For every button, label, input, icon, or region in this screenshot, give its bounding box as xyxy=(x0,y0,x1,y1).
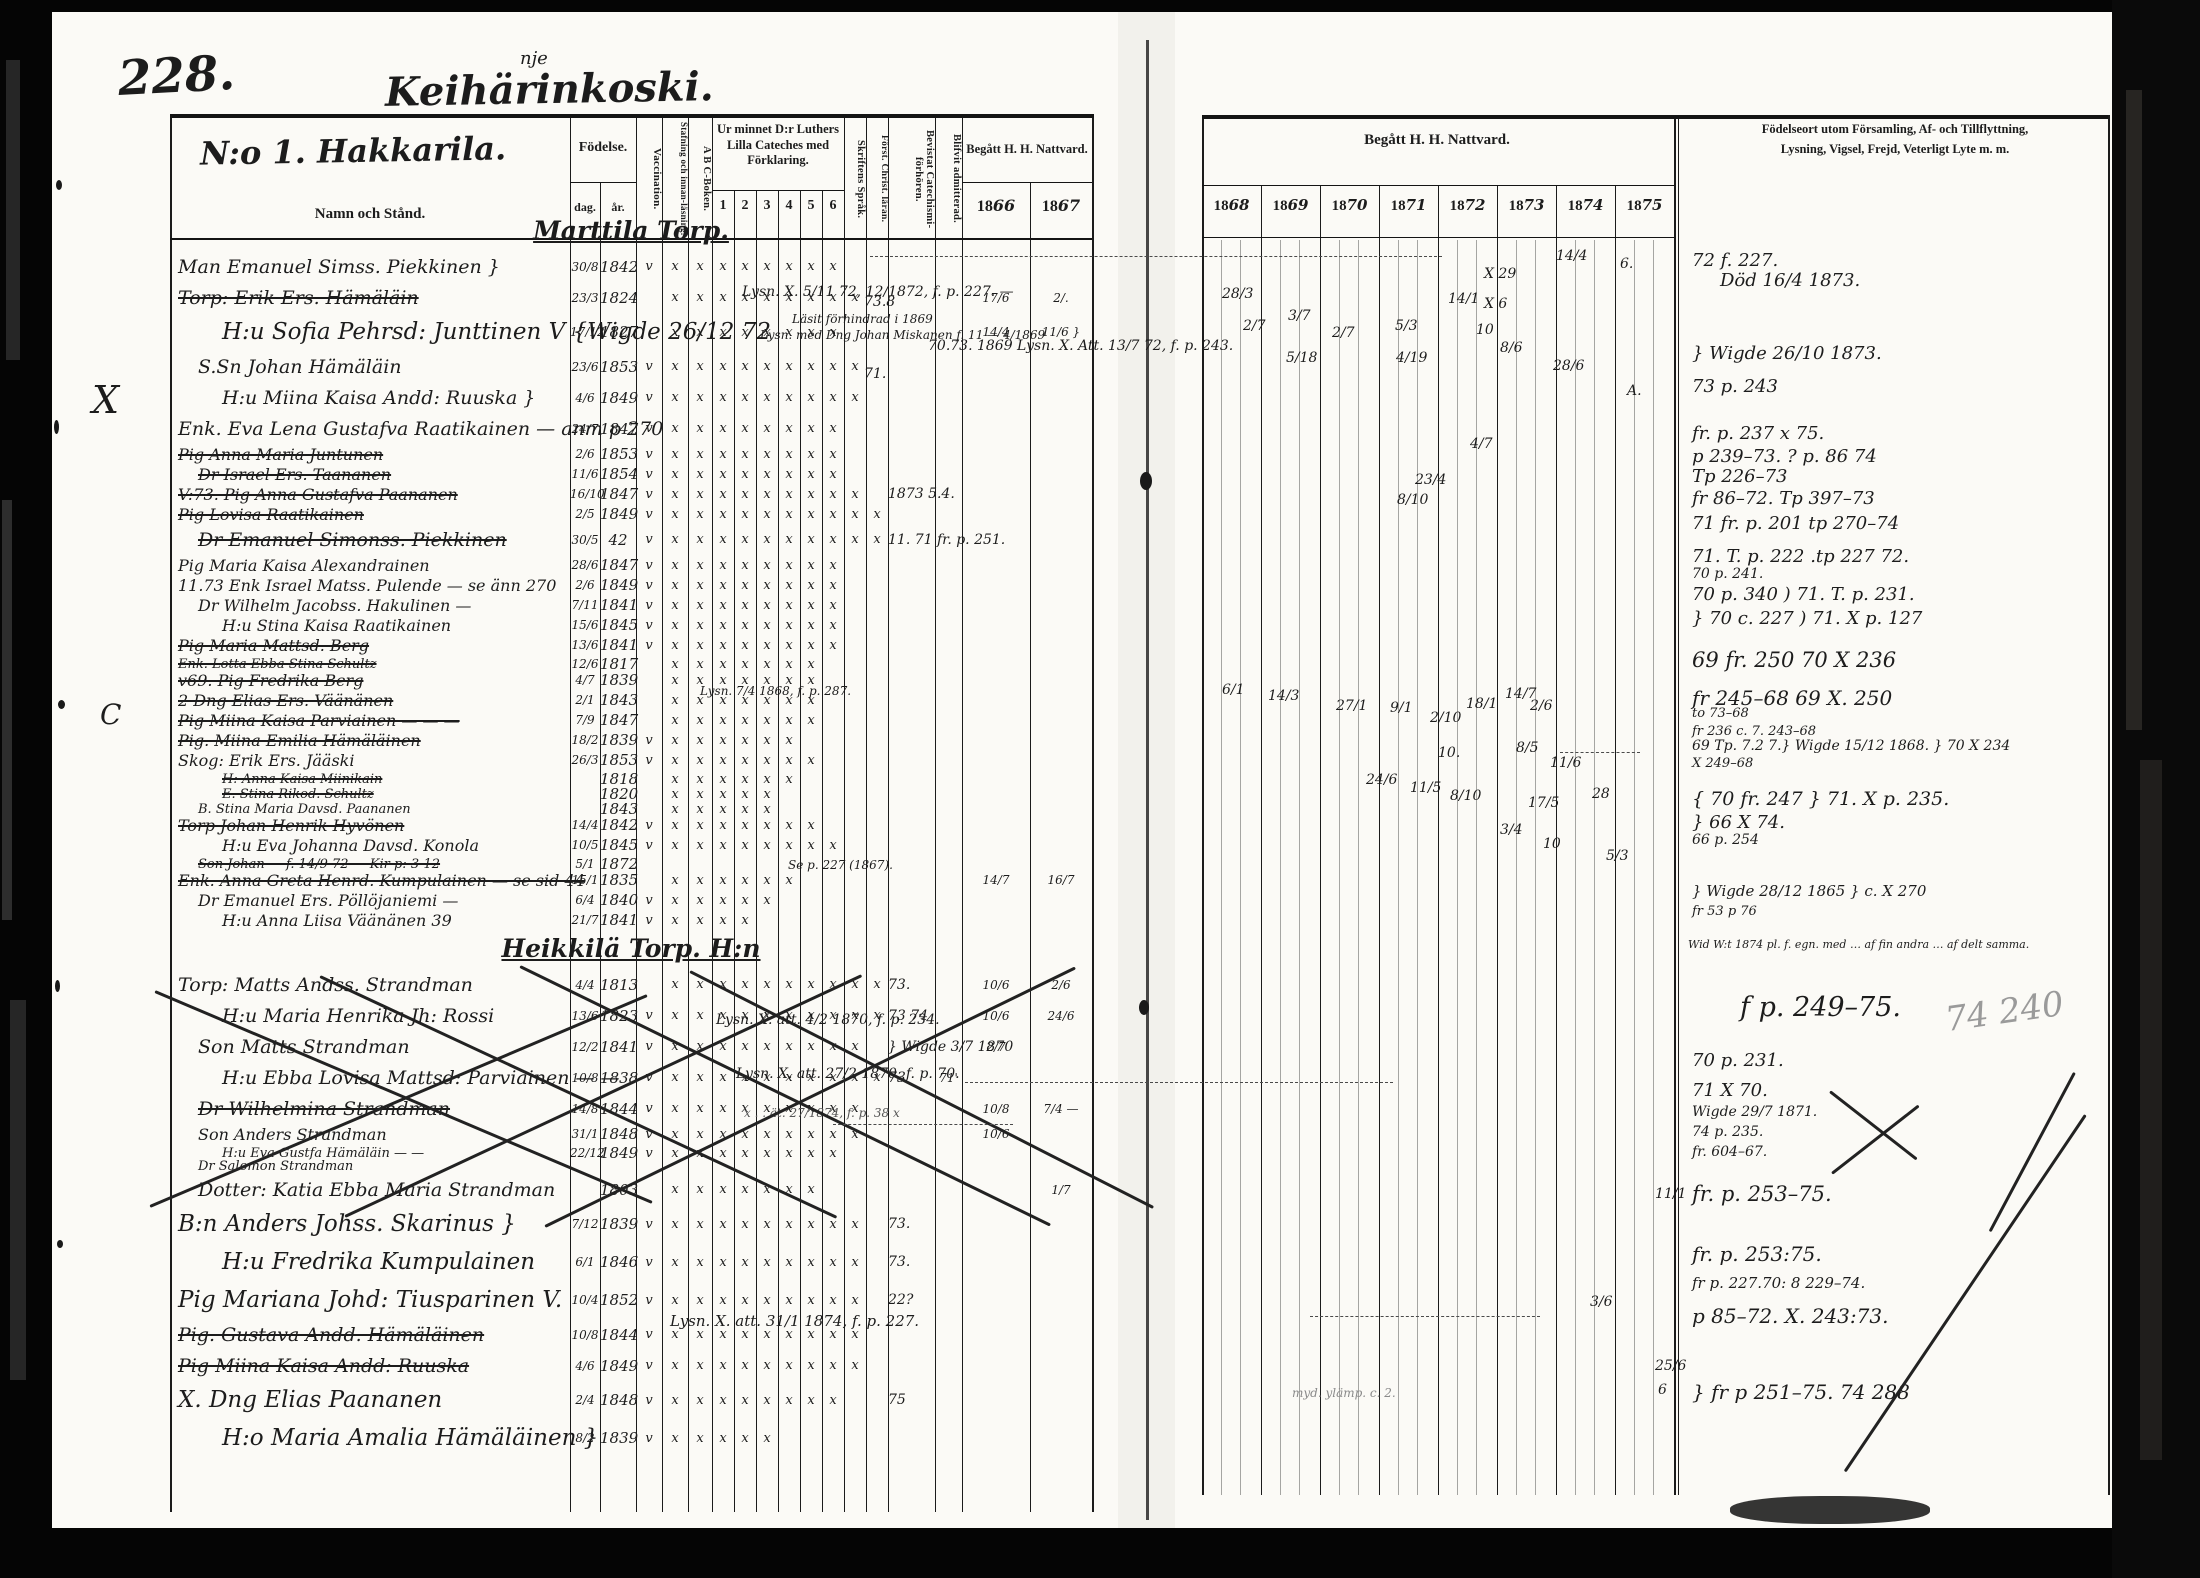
skill-mark: x xyxy=(734,558,756,573)
birth-day: 30/8 xyxy=(570,260,600,274)
migration-note: 69 fr. 250 70 X 236 xyxy=(1692,648,1896,672)
skill-mark: x xyxy=(662,638,688,653)
person-name: Pig Maria Mattsd. Berg xyxy=(170,636,570,655)
skill-mark: x xyxy=(712,532,734,547)
communion-date-mark: 14/4 xyxy=(1556,248,1587,264)
skill-mark: x xyxy=(756,1146,778,1161)
communion-1867: 1/7 xyxy=(1030,1183,1092,1197)
skill-mark: x xyxy=(822,598,844,613)
skill-mark: x xyxy=(688,893,712,908)
skill-mark: x xyxy=(712,359,734,374)
skill-mark: x xyxy=(688,913,712,928)
vaccination-mark: v xyxy=(636,359,662,374)
skill-mark: x xyxy=(778,838,800,853)
skill-mark: x xyxy=(822,421,844,436)
skill-mark: x xyxy=(822,507,844,522)
skill-mark: x xyxy=(734,421,756,436)
skill-mark: x xyxy=(712,1431,734,1446)
skill-mark: x xyxy=(800,1255,822,1270)
skill-mark: x xyxy=(712,558,734,573)
skill-mark: x xyxy=(688,1182,712,1197)
skill-mark: x xyxy=(712,390,734,405)
migration-note: X 249–68 xyxy=(1692,756,1753,771)
skill-mark: x xyxy=(662,421,688,436)
communion-date-mark: 25/6 xyxy=(1655,1358,1686,1374)
skill-mark: x xyxy=(822,578,844,593)
vaccination-mark: v xyxy=(636,638,662,653)
birth-year: 1849 xyxy=(600,1144,636,1162)
faint-sub-rule xyxy=(1575,240,1576,1495)
person-name: 11.73 Enk Israel Matss. Pulende — se änn… xyxy=(170,576,570,595)
communion-date-mark: 2/7 xyxy=(1332,325,1355,341)
skill-mark: x xyxy=(712,325,734,340)
skill-mark: x xyxy=(712,1217,734,1232)
skill-mark: x xyxy=(844,1255,866,1270)
skill-mark: x xyxy=(734,598,756,613)
skill-mark: x xyxy=(662,818,688,833)
skill-mark: x xyxy=(662,802,688,817)
skill-mark: x xyxy=(688,447,712,462)
vaccination-mark: v xyxy=(636,1101,662,1116)
skill-mark: x xyxy=(712,290,734,305)
vaccination-mark: v xyxy=(636,598,662,613)
person-name: H:o Maria Amalia Hämäläinen } xyxy=(170,1425,570,1451)
migration-note: to 73–68 xyxy=(1692,706,1749,721)
birth-day: 6/1 xyxy=(570,1255,600,1269)
table-row: Torp: Matts Andss. Strandman4/41813xxxxx… xyxy=(170,969,1092,1000)
year-label: 1869 xyxy=(1261,196,1320,215)
dash-line xyxy=(965,1082,1393,1083)
birth-day: 2/6 xyxy=(570,447,600,461)
skill-mark: x xyxy=(734,753,756,768)
skill-mark: x xyxy=(800,467,822,482)
birth-day: 4/4 xyxy=(570,978,600,992)
skill-mark: x xyxy=(688,1255,712,1270)
vaccination-mark: v xyxy=(636,818,662,833)
skill-mark: x xyxy=(756,618,778,633)
table-row: Pig Lovisa Raatikainen2/51849vxxxxxxxxxx xyxy=(170,504,1092,524)
skill-mark: x xyxy=(662,1101,688,1116)
skill-mark: x xyxy=(712,578,734,593)
migration-note: 69 Tp. 7.2 7.} Wigde 15/12 1868. } 70 X … xyxy=(1692,738,2010,754)
skill-mark: x xyxy=(844,532,866,547)
skill-mark: x xyxy=(662,733,688,748)
communion-date-mark: 11/5 xyxy=(1410,780,1441,796)
migration-note: fr. 604–67. xyxy=(1692,1144,1767,1160)
birth-year: 1841 xyxy=(600,596,636,614)
communion-date-mark: 3/7 xyxy=(1288,308,1311,324)
birth-year: 1849 xyxy=(600,505,636,523)
year-label: 1868 xyxy=(1202,196,1261,215)
skill-mark: x xyxy=(822,259,844,274)
skill-mark: x xyxy=(662,532,688,547)
migration-note: Död 16/4 1873. xyxy=(1720,270,1860,291)
skill-mark: x xyxy=(688,753,712,768)
skill-mark: x xyxy=(734,818,756,833)
communion-date-mark: 8/6 xyxy=(1500,340,1523,356)
skill-mark: x xyxy=(712,818,734,833)
communion-date-mark: 10 xyxy=(1543,836,1561,852)
vaccination-mark: v xyxy=(636,390,662,405)
birth-day: 26/3 xyxy=(570,753,600,767)
migration-note: p 85–72. X. 243:73. xyxy=(1692,1304,1888,1328)
skill-mark: x xyxy=(822,1127,844,1142)
person-name: E. Stina Rikod. Schultz xyxy=(170,787,570,802)
skill-mark: x xyxy=(822,1255,844,1270)
person-name: Pig. Miina Emilia Hämäläinen xyxy=(170,731,570,750)
migration-note: 72 f. 227. xyxy=(1692,250,1778,271)
ink-speck xyxy=(58,700,65,709)
table-rule-vertical xyxy=(1678,115,1679,1495)
migration-note: fr 53 p 76 xyxy=(1692,904,1757,919)
table-row: H:o Maria Amalia Hämäläinen }8/21839vxxx… xyxy=(170,1419,1092,1457)
communion-date-mark: 4/19 xyxy=(1396,350,1427,366)
birth-year: 1848 xyxy=(600,1125,636,1143)
skill-mark: x xyxy=(688,1217,712,1232)
skill-mark: x xyxy=(662,598,688,613)
skill-mark: x xyxy=(734,787,756,802)
birth-year: 1849 xyxy=(600,1357,636,1375)
skill-mark: x xyxy=(688,507,712,522)
skill-mark: x xyxy=(800,507,822,522)
birth-day: 10/8 xyxy=(570,1071,600,1085)
column-header-fodelse: Födelse. xyxy=(570,140,636,156)
person-name: Enk. Lotta Ebba Stina Schultz xyxy=(170,657,570,672)
skill-mark: x xyxy=(800,753,822,768)
skill-mark: x xyxy=(756,1393,778,1408)
skill-mark: x xyxy=(688,578,712,593)
skill-mark: x xyxy=(800,838,822,853)
person-name: Man Emanuel Simss. Piekkinen } xyxy=(170,256,570,278)
skill-mark: x xyxy=(662,787,688,802)
communion-date-mark: 27/1 xyxy=(1336,698,1367,714)
skill-mark: x xyxy=(662,1358,688,1373)
person-name: 2 Dng Elias Ers. Väänänen xyxy=(170,691,570,710)
right-page xyxy=(1175,12,2112,1528)
skill-mark: x xyxy=(712,657,734,672)
birth-day: 12/2 xyxy=(570,1040,600,1054)
migration-note: fr 236 c. 7. 243–68 xyxy=(1692,724,1816,739)
birth-day: 12/6 xyxy=(570,657,600,671)
skill-mark: x xyxy=(712,1393,734,1408)
skill-mark: x xyxy=(756,713,778,728)
skill-mark: x xyxy=(756,558,778,573)
table-rule-vertical xyxy=(1092,115,1094,1512)
vaccination-mark: v xyxy=(636,421,662,436)
table-rule-horizontal xyxy=(570,182,636,183)
skill-mark: x xyxy=(756,772,778,787)
table-row: Torp Johan Henrik Hyvönen14/41842vxxxxxx… xyxy=(170,815,1092,835)
skill-mark: x xyxy=(712,467,734,482)
skill-mark: x xyxy=(734,1293,756,1308)
person-name: Dr Wilhelm Jacobss. Hakulinen — xyxy=(170,596,570,615)
person-name: H:u Ebba Lovisa Mattsd: Parviainen — — xyxy=(170,1067,570,1089)
communion-1867: 24/6 xyxy=(1030,1009,1092,1023)
migration-note: 71 fr. p. 201 tp 270–74 xyxy=(1692,513,1899,534)
table-row: Enk. Eva Lena Gustafva Raatikainen — anm… xyxy=(170,413,1092,444)
birth-year: 1841 xyxy=(600,1038,636,1056)
skill-mark: x xyxy=(688,1358,712,1373)
span-note: Lysn. X. att. 31/1 1874, f. p. 227. xyxy=(670,1312,919,1330)
scan-edge-top xyxy=(0,0,2200,12)
skill-mark: x xyxy=(662,1293,688,1308)
skill-mark: x xyxy=(662,1217,688,1232)
table-row: H:u Fredrika Kumpulainen6/11846vxxxxxxxx… xyxy=(170,1243,1092,1281)
skill-mark: x xyxy=(662,390,688,405)
skill-mark: x xyxy=(756,359,778,374)
communion-date-mark: 6 xyxy=(1658,1382,1667,1398)
skill-mark: x xyxy=(756,1431,778,1446)
skill-mark: x xyxy=(778,578,800,593)
person-name: Dr Wilhelmina Strandman xyxy=(170,1098,570,1120)
birth-year: 1847 xyxy=(600,420,636,438)
skill-mark: x xyxy=(662,893,688,908)
communion-date-mark: 5/3 xyxy=(1395,318,1418,334)
skill-mark: x xyxy=(756,421,778,436)
skill-mark: x xyxy=(822,390,844,405)
birth-year: 1842 xyxy=(600,816,636,834)
migration-note: Tp 226–73 xyxy=(1692,466,1788,487)
skill-mark: x xyxy=(778,259,800,274)
person-name: Torp: Erik Ers. Hämäläin xyxy=(170,287,570,309)
skill-mark: x xyxy=(822,1146,844,1161)
skill-mark: x xyxy=(822,618,844,633)
skill-mark: x xyxy=(778,558,800,573)
birth-year: 1845 xyxy=(600,836,636,854)
skill-mark: x xyxy=(662,290,688,305)
birth-day: 10/4 xyxy=(570,1293,600,1307)
column-header-begatt-left: Begått H. H. Nattvard. xyxy=(960,142,1094,157)
birth-year: 1840 xyxy=(600,891,636,909)
edge-texture xyxy=(2,500,12,920)
skill-mark: x xyxy=(756,1039,778,1054)
faint-sub-rule xyxy=(1457,240,1458,1495)
migration-note: Wid W:t 1874 pl. f. egn. med … af fin an… xyxy=(1688,938,2029,951)
faint-sub-rule xyxy=(1358,240,1359,1495)
skill-mark: x xyxy=(866,507,888,522)
skill-mark: x xyxy=(662,838,688,853)
skill-mark: x xyxy=(688,558,712,573)
skill-mark: x xyxy=(662,913,688,928)
skill-mark: x xyxy=(712,447,734,462)
skill-mark: x xyxy=(778,1217,800,1232)
section-heading: Marttila Torp. xyxy=(431,216,831,245)
table-rule-vertical xyxy=(1497,185,1498,1495)
vaccination-mark: v xyxy=(636,1393,662,1408)
skill-mark: x xyxy=(712,733,734,748)
skill-mark: x xyxy=(712,1101,734,1116)
skill-mark: x xyxy=(756,447,778,462)
catechism-note: 75 xyxy=(888,1392,935,1408)
vaccination-mark: v xyxy=(636,532,662,547)
record-rows-layer: Marttila Torp.Man Emanuel Simss. Piekkin… xyxy=(170,212,1092,1457)
scan-edge-bottom xyxy=(0,1528,2200,1578)
skill-mark: x xyxy=(822,447,844,462)
person-name: Dr Emanuel Simonss. Piekkinen xyxy=(170,529,570,551)
communion-1867: 7/4 — xyxy=(1030,1102,1092,1116)
birth-year: 1842 xyxy=(600,258,636,276)
skill-mark: x xyxy=(734,507,756,522)
skill-mark: x xyxy=(778,733,800,748)
year-label: 1873 xyxy=(1497,196,1556,215)
skill-mark: x xyxy=(756,578,778,593)
skill-mark: x xyxy=(756,507,778,522)
birth-year: 1846 xyxy=(600,1253,636,1271)
vaccination-mark: v xyxy=(636,507,662,522)
birth-year: 1848 xyxy=(600,1391,636,1409)
person-name: v69. Pig Fredrika Berg xyxy=(170,671,570,690)
migration-note: 70 p. 231. xyxy=(1692,1050,1784,1071)
skill-mark: x xyxy=(756,802,778,817)
skill-mark: x xyxy=(734,532,756,547)
skill-mark: x xyxy=(756,873,778,888)
communion-date-mark: 6/1 xyxy=(1222,682,1245,698)
skill-mark: x xyxy=(778,1293,800,1308)
birth-day: 8/2 xyxy=(570,1431,600,1445)
skill-mark: x xyxy=(778,487,800,502)
skill-mark: x xyxy=(712,1293,734,1308)
birth-year: 1853 xyxy=(600,358,636,376)
birth-day: 10/5 xyxy=(570,838,600,852)
table-rule-horizontal xyxy=(962,182,1092,183)
dash-line xyxy=(1560,752,1640,753)
faint-sub-rule xyxy=(1221,240,1222,1495)
person-name: H:u Sofia Pehrsd: Junttinen V {Wigde 26/… xyxy=(170,319,570,345)
skill-mark: x xyxy=(778,390,800,405)
migration-note: p 239–73. ? p. 86 74 xyxy=(1692,446,1877,467)
year-label: 1872 xyxy=(1438,196,1497,215)
birth-year: 1841 xyxy=(600,636,636,654)
catechism-note: 1873 5.4. xyxy=(888,486,935,502)
faint-sub-rule xyxy=(1516,240,1517,1495)
skill-mark: x xyxy=(734,873,756,888)
birth-day: 11/6 xyxy=(570,467,600,481)
communion-date-mark: A. xyxy=(1627,383,1642,399)
span-note: 71. xyxy=(864,366,886,382)
vaccination-mark: v xyxy=(636,1146,662,1161)
skill-mark: x xyxy=(734,713,756,728)
person-name: Skog: Erik Ers. Jääski xyxy=(170,751,570,770)
skill-mark: x xyxy=(778,638,800,653)
birth-day: 30/5 xyxy=(570,533,600,547)
birth-day: 15/1 xyxy=(570,873,600,887)
skill-mark: x xyxy=(688,1070,712,1085)
birth-year: 1849 xyxy=(600,576,636,594)
vaccination-mark: v xyxy=(636,618,662,633)
person-name: Dr Emanuel Ers. Pöllöjaniemi — xyxy=(170,891,570,910)
skill-mark: x xyxy=(756,733,778,748)
birth-year: 1849 xyxy=(600,389,636,407)
birth-day: 6/4 xyxy=(570,893,600,907)
communion-date-mark: 11/6 xyxy=(1550,755,1581,771)
vaccination-mark: v xyxy=(636,1358,662,1373)
skill-mark: x xyxy=(800,638,822,653)
skill-mark: x xyxy=(688,1127,712,1142)
table-row: B:n Anders Johss. Skarinus }7/121839vxxx… xyxy=(170,1205,1092,1243)
skill-mark: x xyxy=(734,802,756,817)
skill-mark: x xyxy=(712,259,734,274)
skill-mark: x xyxy=(688,359,712,374)
skill-mark: x xyxy=(822,1217,844,1232)
table-row: Dr Wilhelm Jacobss. Hakulinen —7/111841v… xyxy=(170,595,1092,615)
skill-mark: x xyxy=(866,532,888,547)
skill-mark: x xyxy=(688,259,712,274)
person-name: Pig Maria Kaisa Alexandrainen xyxy=(170,556,570,575)
person-name: H:u Eva Johanna Davsd. Konola xyxy=(170,836,570,855)
faint-sub-rule xyxy=(1653,240,1654,1495)
migration-note: fr 86–72. Tp 397–73 xyxy=(1692,488,1875,509)
birth-day: 2/1 xyxy=(570,693,600,707)
person-name: Torp: Matts Andss. Strandman xyxy=(170,974,570,996)
communion-date-mark: 2/6 xyxy=(1530,698,1553,714)
skill-mark: x xyxy=(734,487,756,502)
communion-date-mark: 28 xyxy=(1592,786,1610,802)
table-rule-horizontal xyxy=(1202,185,1674,186)
skill-mark: x xyxy=(712,421,734,436)
birth-year: 1854 xyxy=(600,465,636,483)
table-row: Enk. Anna Greta Henrd. Kumpulainen — se … xyxy=(170,870,1092,890)
skill-mark: x xyxy=(778,1039,800,1054)
birth-year: 1847 xyxy=(600,711,636,729)
skill-mark: x xyxy=(756,467,778,482)
person-name: Pig Miina Kaisa Parviainen — — — xyxy=(170,711,570,730)
communion-date-mark: 23/4 xyxy=(1415,472,1446,488)
migration-note: Wigde 29/7 1871. xyxy=(1692,1104,1817,1120)
span-note: Se p. 227 (1867). xyxy=(788,858,893,872)
table-row: Son Anders Strandman31/11848vxxxxxxxxx10… xyxy=(170,1124,1092,1144)
section-heading: Heikkilä Torp. H:n xyxy=(431,934,831,963)
table-rule-vertical xyxy=(2108,115,2110,1495)
skill-mark: x xyxy=(688,1393,712,1408)
skill-mark: x xyxy=(662,467,688,482)
ink-speck xyxy=(56,180,62,190)
skill-mark: x xyxy=(712,1255,734,1270)
skill-mark: x xyxy=(734,1146,756,1161)
birth-day: 23/6 xyxy=(570,360,600,374)
skill-mark: x xyxy=(800,259,822,274)
notes-header-line1: Födelseort utom Församling, Af- och Till… xyxy=(1688,122,2102,137)
skill-mark: x xyxy=(662,507,688,522)
communion-date-mark: X 6 xyxy=(1484,296,1507,312)
communion-date-mark: 8/5 xyxy=(1516,740,1539,756)
vaccination-mark: v xyxy=(636,578,662,593)
skill-mark: x xyxy=(662,1431,688,1446)
communion-date-mark: 17/5 xyxy=(1528,795,1559,811)
table-row: 11.73 Enk Israel Matss. Pulende — se änn… xyxy=(170,575,1092,595)
skill-mark: x xyxy=(712,838,734,853)
communion-date-mark: 5/18 xyxy=(1286,350,1317,366)
birth-year: 1853 xyxy=(600,445,636,463)
skill-mark: x xyxy=(662,1008,688,1023)
communion-date-mark: myd. ylämp. c. 2. xyxy=(1292,1386,1396,1400)
skill-mark: x xyxy=(800,657,822,672)
vaccination-mark: v xyxy=(636,259,662,274)
skill-mark: x xyxy=(662,487,688,502)
birth-year: 1841 xyxy=(600,911,636,929)
binding-hole xyxy=(1139,1000,1149,1015)
skill-mark: x xyxy=(778,421,800,436)
bottom-smudge xyxy=(1730,1496,1930,1524)
table-rule-vertical xyxy=(1320,185,1321,1495)
skill-mark: x xyxy=(778,657,800,672)
table-rule-horizontal xyxy=(170,114,1094,118)
communion-date-mark: 6. xyxy=(1620,256,1633,272)
skill-mark: x xyxy=(800,1182,822,1197)
birth-year: 1813 xyxy=(600,976,636,994)
skill-mark: x xyxy=(688,1008,712,1023)
skill-mark: x xyxy=(778,818,800,833)
skill-mark: x xyxy=(756,977,778,992)
